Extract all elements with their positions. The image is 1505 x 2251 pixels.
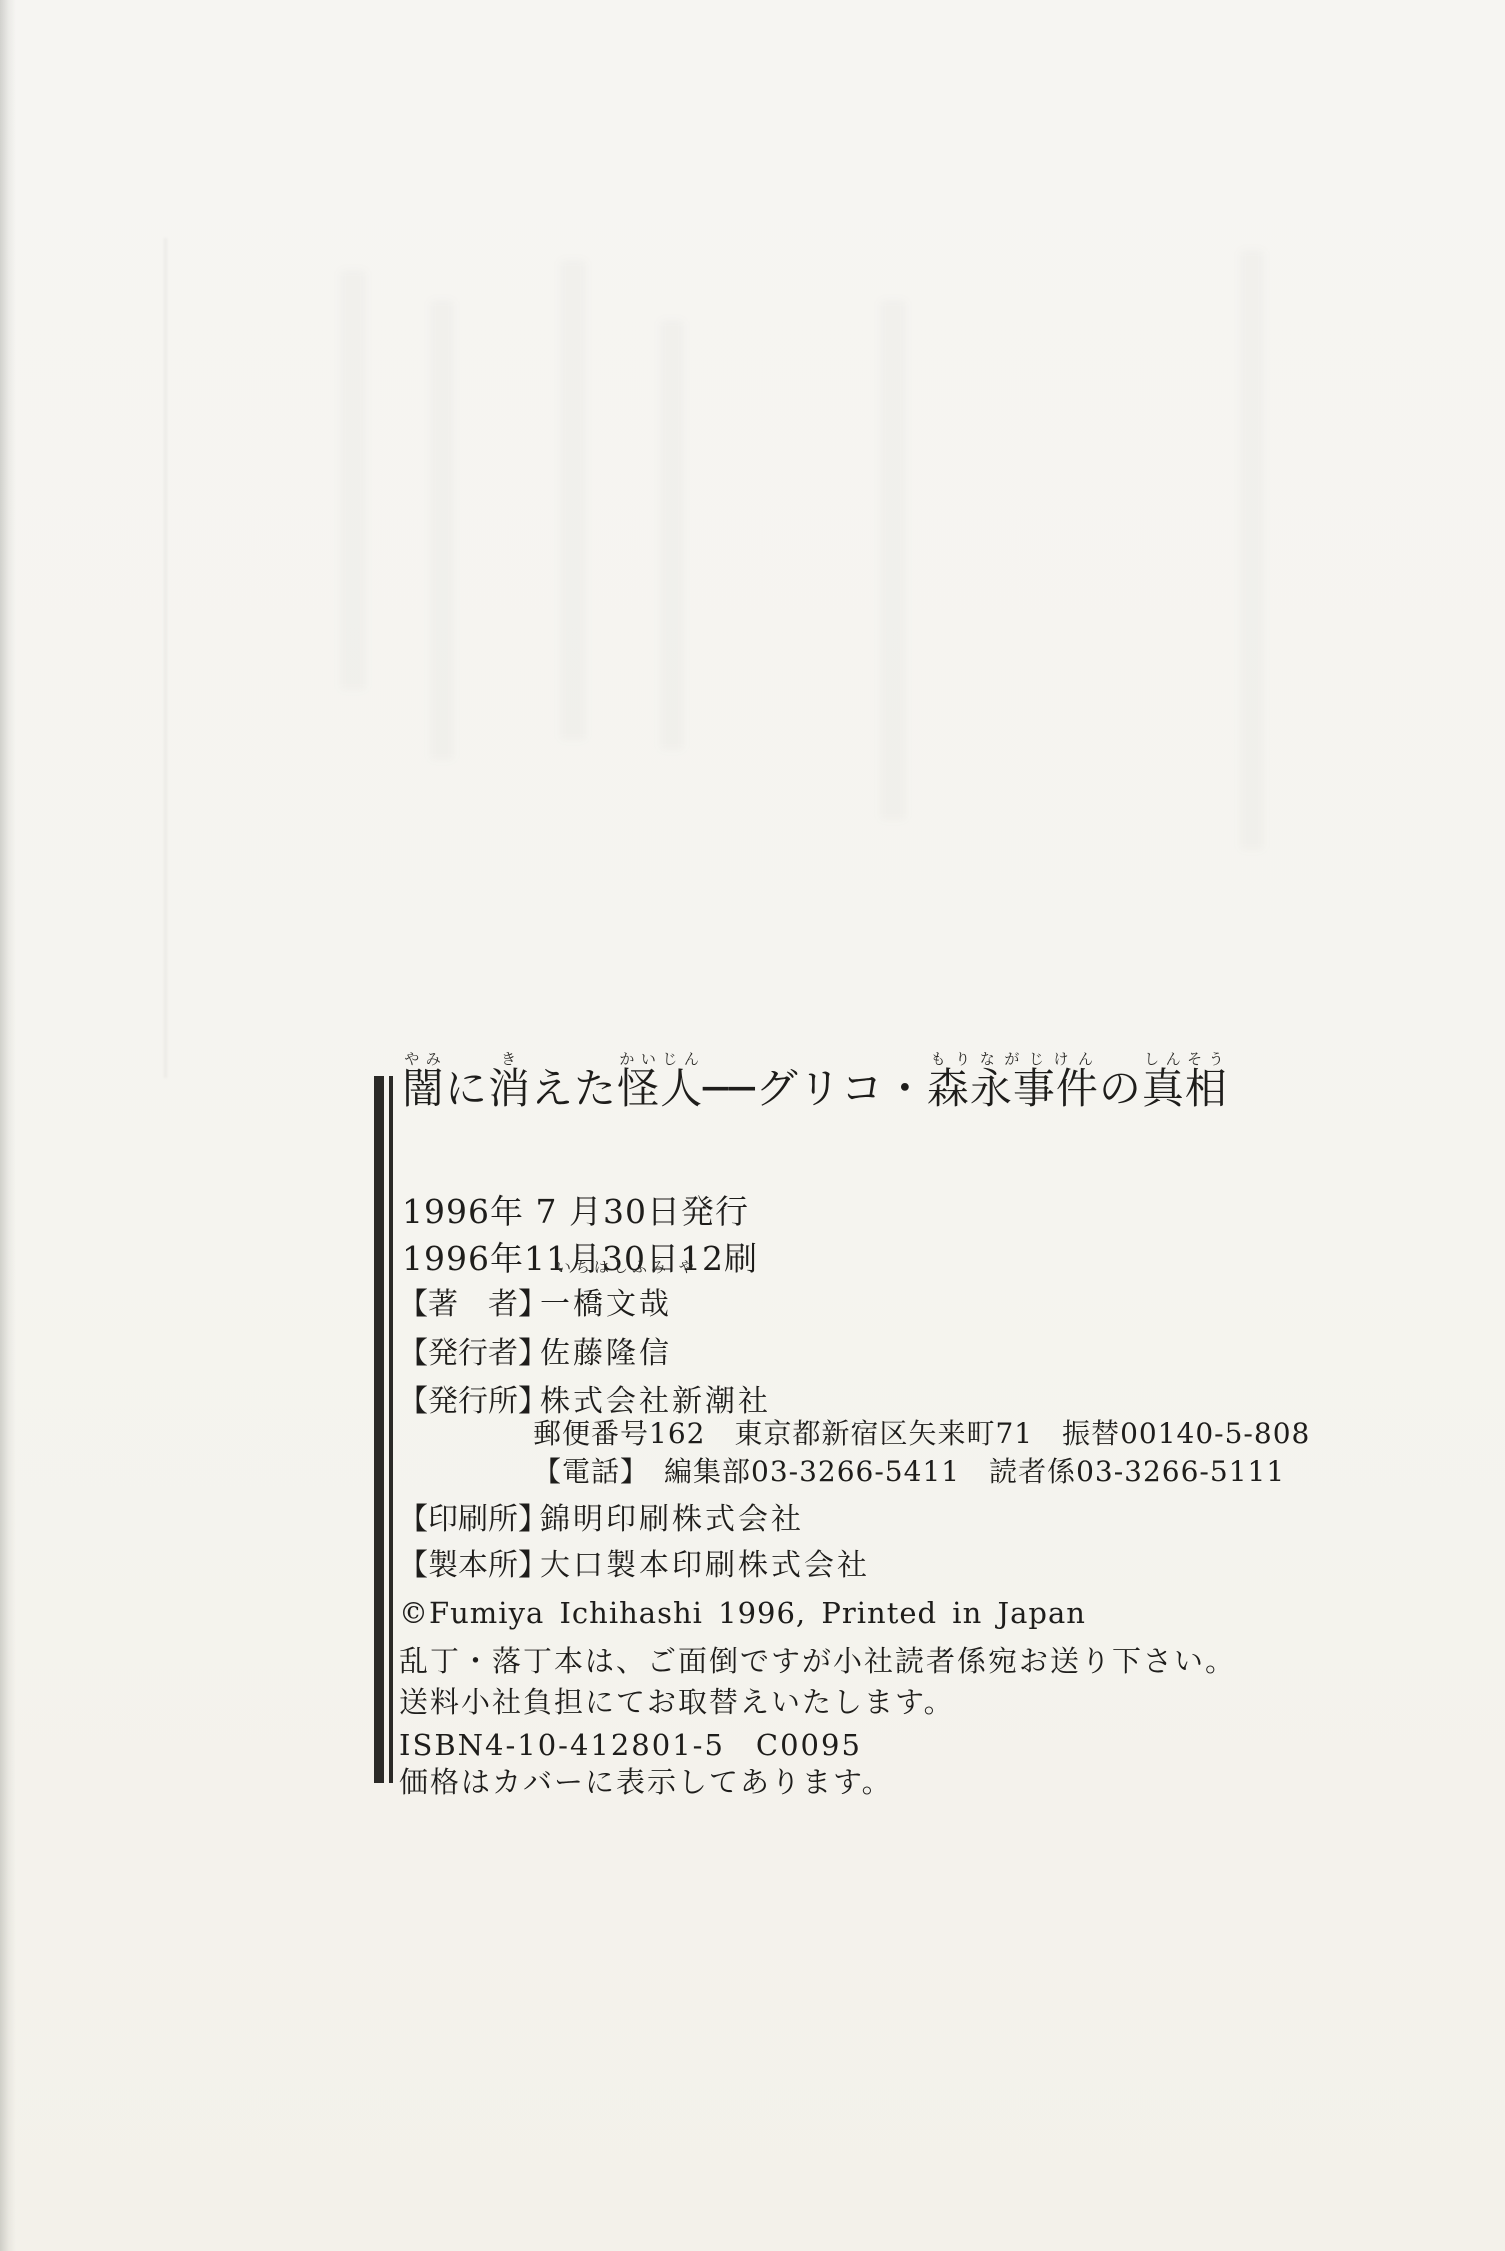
scan-left-edge-shadow	[0, 0, 16, 2251]
title-segment: 真相しんそう	[1142, 1064, 1228, 1113]
isbn-line: ISBN4-10-412801-5 C0095	[399, 1723, 862, 1764]
showthrough-artifact	[660, 320, 684, 750]
author-name: 一橋文哉	[540, 1279, 672, 1323]
row-author: 【著 者】 一橋文哉	[398, 1279, 548, 1323]
row-publishing-house: 【発行所】 株式会社新潮社	[398, 1376, 548, 1420]
showthrough-artifact	[430, 300, 454, 760]
colophon-rule-thick	[374, 1076, 384, 1783]
note-postage: 送料小社負担にてお取替えいたします。	[399, 1680, 955, 1721]
title-segment: の	[1099, 1064, 1142, 1113]
note-misprint-returns: 乱丁・落丁本は、ご面倒ですが小社読者係宛お送り下さい。	[399, 1639, 1236, 1680]
row-label: 【発行者】	[398, 1328, 548, 1372]
row-label: 【著 者】	[398, 1279, 548, 1323]
colophon-rule-thin	[389, 1076, 393, 1783]
row-publisher-person: 【発行者】 佐藤隆信	[398, 1328, 548, 1372]
row-label: 【印刷所】	[398, 1494, 548, 1538]
printer-name: 錦明印刷株式会社	[540, 1494, 804, 1538]
title-segment: に	[445, 1064, 488, 1113]
title-segment: えた	[531, 1064, 617, 1113]
title-segment: 消き	[488, 1064, 531, 1113]
book-title: 闇やみに消きえた怪人かいじん──グリコ・森永事件もりながじけんの真相しんそう	[402, 1050, 1228, 1111]
note-price-on-cover: 価格はカバーに表示してあります。	[399, 1760, 893, 1801]
row-binder: 【製本所】 大口製本印刷株式会社	[398, 1540, 548, 1584]
title-segment: グリコ・	[756, 1064, 927, 1113]
showthrough-artifact	[1240, 250, 1264, 850]
title-dash: ──	[703, 1064, 756, 1113]
row-label: 【発行所】	[398, 1376, 548, 1420]
title-segment: 闇やみ	[402, 1064, 445, 1113]
showthrough-artifact	[560, 260, 586, 740]
title-segment: 森永事件もりながじけん	[927, 1064, 1099, 1113]
author-furigana: いちはしふみ や	[556, 1256, 698, 1277]
title-segment: 怪人かいじん	[617, 1064, 703, 1113]
row-printer: 【印刷所】 錦明印刷株式会社	[398, 1494, 548, 1538]
row-label: 【製本所】	[398, 1540, 548, 1584]
book-colophon-page: 闇やみに消きえた怪人かいじん──グリコ・森永事件もりながじけんの真相しんそう 1…	[0, 0, 1505, 2251]
copyright-line: ©Fumiya Ichihashi 1996, Printed in Japan	[399, 1596, 1086, 1630]
showthrough-artifact	[340, 270, 366, 690]
publication-date-line: 1996年 7 月30日発行	[402, 1186, 749, 1233]
showthrough-rule	[164, 238, 167, 1078]
publisher-phone: 【電話】 編集部03-3266-5411 読者係03-3266-5111	[533, 1450, 1285, 1490]
publisher-person-name: 佐藤隆信	[540, 1328, 672, 1372]
showthrough-artifact	[880, 300, 906, 820]
bindery-name: 大口製本印刷株式会社	[540, 1540, 870, 1584]
publisher-address: 郵便番号162 東京都新宿区矢来町71 振替00140-5-808	[533, 1412, 1310, 1452]
